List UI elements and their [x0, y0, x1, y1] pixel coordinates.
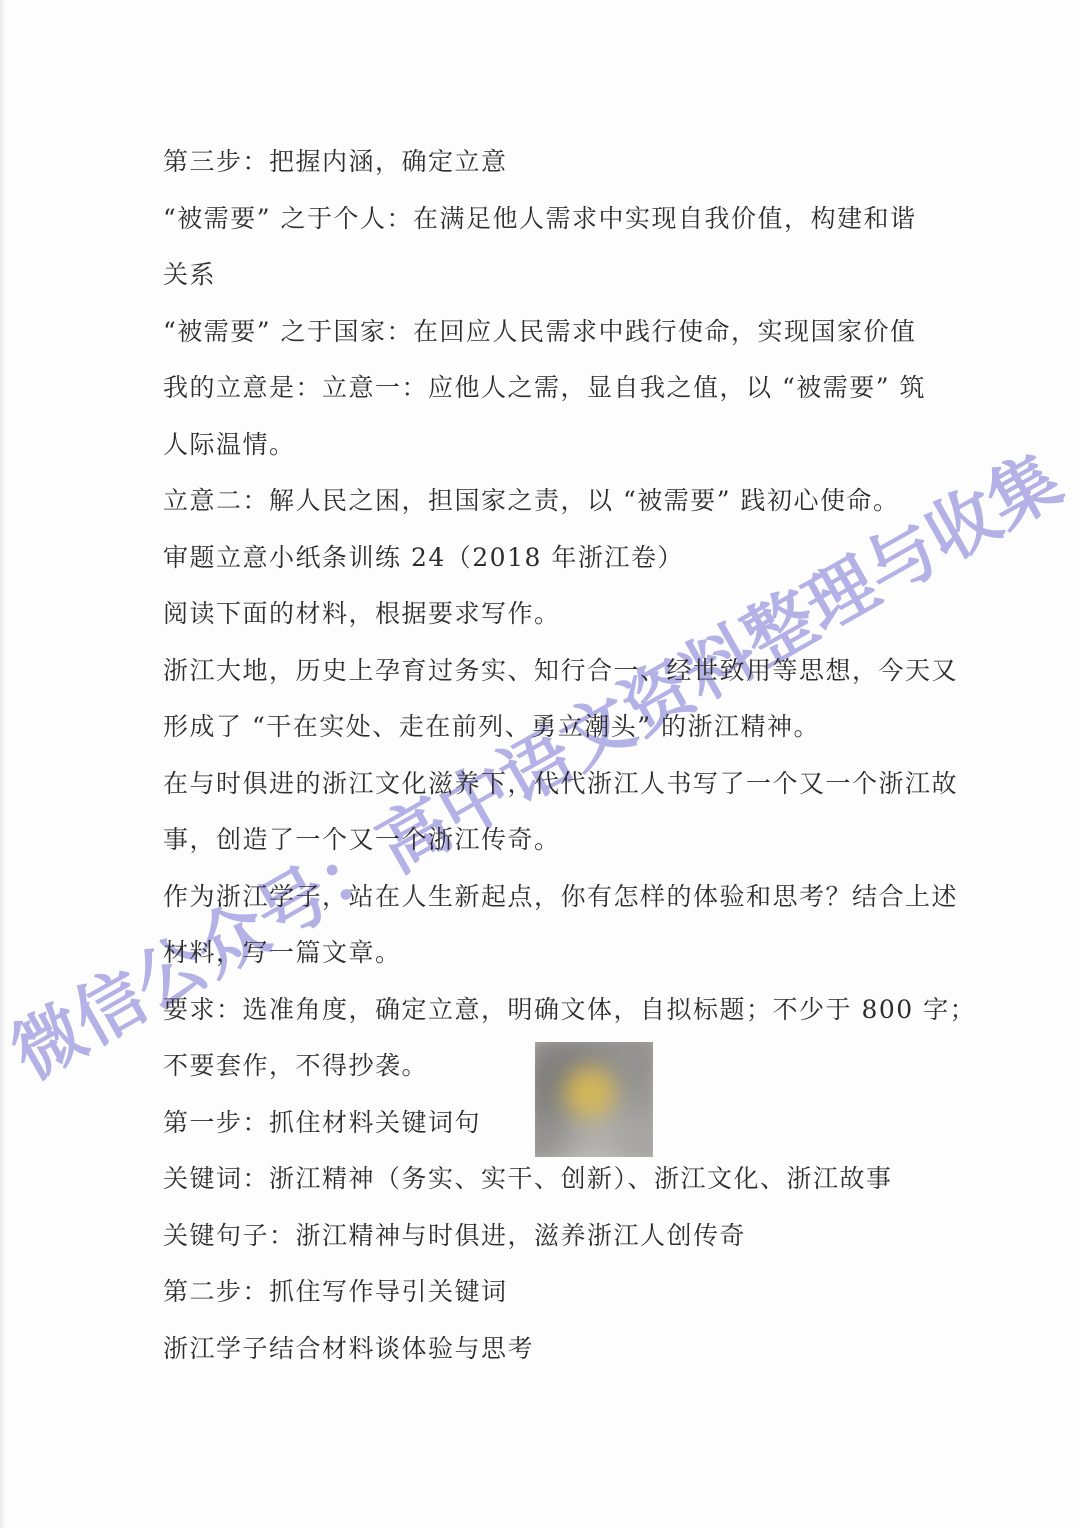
blurred-thumbnail-image	[535, 1042, 653, 1157]
document-line: 第三步：把握内涵，确定立意	[163, 134, 1013, 191]
document-line: 作为浙江学子，站在人生新起点，你有怎样的体验和思考？结合上述	[163, 869, 1013, 926]
document-line: 阅读下面的材料，根据要求写作。	[163, 586, 1013, 643]
document-line: 关键句子：浙江精神与时俱进，滋养浙江人创传奇	[163, 1208, 1013, 1265]
document-line: 材料，写一篇文章。	[163, 925, 1013, 982]
document-line: 立意二：解人民之困，担国家之责，以 “被需要” 践初心使命。	[163, 473, 1013, 530]
document-line: “被需要” 之于国家：在回应人民需求中践行使命，实现国家价值	[163, 304, 1013, 361]
scan-edge-shade	[0, 0, 6, 1528]
document-line: 形成了 “干在实处、走在前列、勇立潮头” 的浙江精神。	[163, 699, 1013, 756]
document-line: 第二步：抓住写作导引关键词	[163, 1264, 1013, 1321]
document-line: 浙江大地，历史上孕育过务实、知行合一、经世致用等思想，今天又	[163, 643, 1013, 700]
document-line: 审题立意小纸条训练 24（2018 年浙江卷）	[163, 530, 1013, 587]
document-line: “被需要” 之于个人：在满足他人需求中实现自我价值，构建和谐	[163, 191, 1013, 248]
document-line: 人际温情。	[163, 417, 1013, 474]
scanned-document-page: 微信公众号：高中语文资料整理与收集 第三步：把握内涵，确定立意 “被需要” 之于…	[0, 0, 1080, 1528]
document-line: 关系	[163, 247, 1013, 304]
document-line: 浙江学子结合材料谈体验与思考	[163, 1321, 1013, 1378]
document-line: 在与时俱进的浙江文化滋养下，代代浙江人书写了一个又一个浙江故	[163, 756, 1013, 813]
document-line: 要求：选准角度，确定立意，明确文体，自拟标题；不少于 800 字；	[163, 982, 1013, 1039]
document-line: 事，创造了一个又一个浙江传奇。	[163, 812, 1013, 869]
document-text-block: 第三步：把握内涵，确定立意 “被需要” 之于个人：在满足他人需求中实现自我价值，…	[163, 134, 1013, 1377]
blurred-thumbnail-pixels	[535, 1042, 653, 1157]
document-line: 关键词：浙江精神（务实、实干、创新）、浙江文化、浙江故事	[163, 1151, 1013, 1208]
document-line: 我的立意是：立意一：应他人之需，显自我之值，以 “被需要” 筑	[163, 360, 1013, 417]
